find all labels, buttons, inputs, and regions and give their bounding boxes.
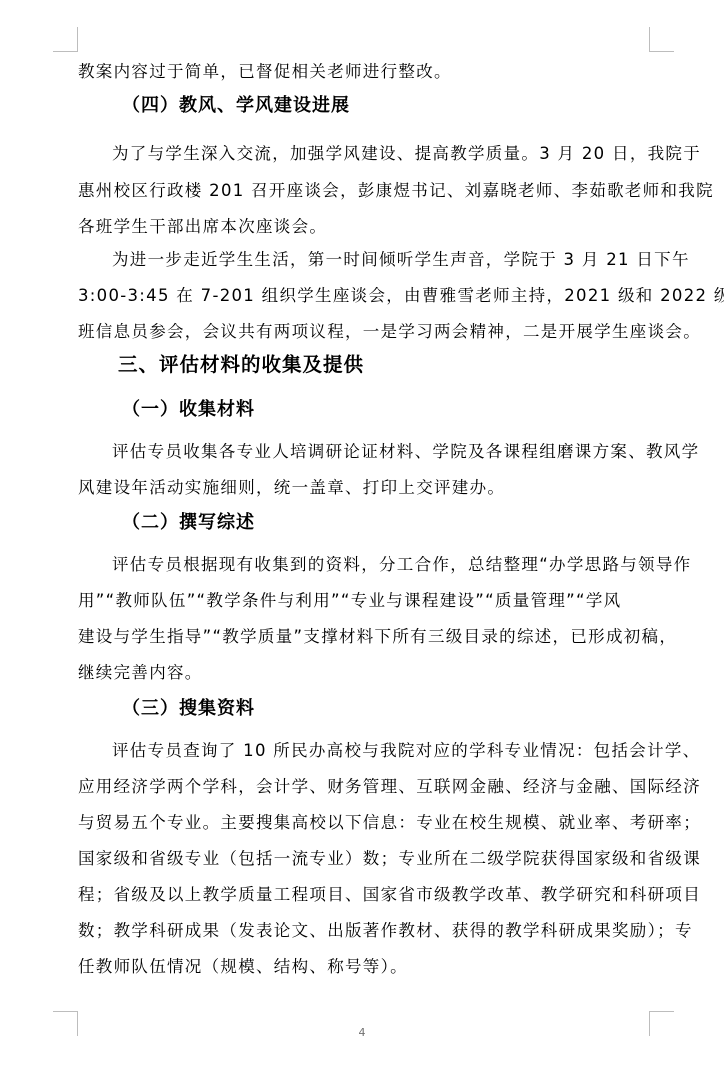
paragraph-line: 各班学生干部出席本次座谈会。 bbox=[78, 217, 658, 237]
crop-mark-bottom-left bbox=[53, 1011, 78, 1036]
paragraph-line: 继续完善内容。 bbox=[78, 663, 658, 683]
crop-mark-top-left bbox=[53, 27, 78, 52]
paragraph-line: 教案内容过于简单，已督促相关老师进行整改。 bbox=[78, 62, 658, 82]
paragraph-line: 风建设年活动实施细则，统一盖章、打印上交评建办。 bbox=[78, 478, 658, 498]
paragraph-line: 惠州校区行政楼 201 召开座谈会，彭康煜书记、刘嘉晓老师、李茹歌老师和我院 bbox=[78, 181, 658, 201]
paragraph-line: 用”“教师队伍”“教学条件与利用”“专业与课程建设”“质量管理”“学风 bbox=[78, 591, 658, 611]
subheading-teaching-style: （四）教风、学风建设进展 bbox=[122, 95, 350, 117]
subheading-search: （三）搜集资料 bbox=[122, 698, 255, 720]
section-heading: 三、评估材料的收集及提供 bbox=[118, 353, 364, 377]
paragraph-line: 程；省级及以上教学质量工程项目、国家省市级教学改革、教学研究和科研项目 bbox=[78, 885, 658, 905]
paragraph-line: 为进一步走近学生生活，第一时间倾听学生声音，学院于 3 月 21 日下午 bbox=[112, 250, 692, 270]
paragraph-line: 应用经济学两个学科，会计学、财务管理、互联网金融、经济与金融、国际经济 bbox=[78, 777, 658, 797]
paragraph-line: 评估专员根据现有收集到的资料，分工合作，总结整理“办学思路与领导作 bbox=[112, 555, 692, 575]
paragraph-line: 评估专员查询了 10 所民办高校与我院对应的学科专业情况：包括会计学、 bbox=[112, 741, 692, 761]
paragraph-line: 班信息员参会，会议共有两项议程，一是学习两会精神，二是开展学生座谈会。 bbox=[78, 322, 658, 342]
subheading-collect: （一）收集材料 bbox=[122, 399, 255, 421]
paragraph-line: 与贸易五个专业。主要搜集高校以下信息：专业在校生规模、就业率、考研率； bbox=[78, 813, 658, 833]
crop-mark-bottom-right bbox=[649, 1011, 674, 1036]
paragraph-line: 数；教学科研成果（发表论文、出版著作教材、获得的教学科研成果奖励）；专 bbox=[78, 921, 658, 941]
paragraph-line: 3:00-3:45 在 7-201 组织学生座谈会，由曹雅雪老师主持，2021 … bbox=[78, 286, 658, 306]
paragraph-line: 国家级和省级专业（包括一流专业）数；专业所在二级学院获得国家级和省级课 bbox=[78, 849, 658, 869]
paragraph-line: 任教师队伍情况（规模、结构、称号等）。 bbox=[78, 957, 658, 977]
paragraph-line: 评估专员收集各专业人培调研论证材料、学院及各课程组磨课方案、教风学 bbox=[112, 442, 692, 462]
paragraph-line: 为了与学生深入交流，加强学风建设、提高教学质量。3 月 20 日，我院于 bbox=[112, 144, 692, 164]
page-number: 4 bbox=[354, 1026, 370, 1039]
subheading-summary: （二）撰写综述 bbox=[122, 512, 255, 534]
crop-mark-top-right bbox=[649, 27, 674, 52]
paragraph-line: 建设与学生指导”“教学质量”支撑材料下所有三级目录的综述，已形成初稿， bbox=[78, 627, 658, 647]
